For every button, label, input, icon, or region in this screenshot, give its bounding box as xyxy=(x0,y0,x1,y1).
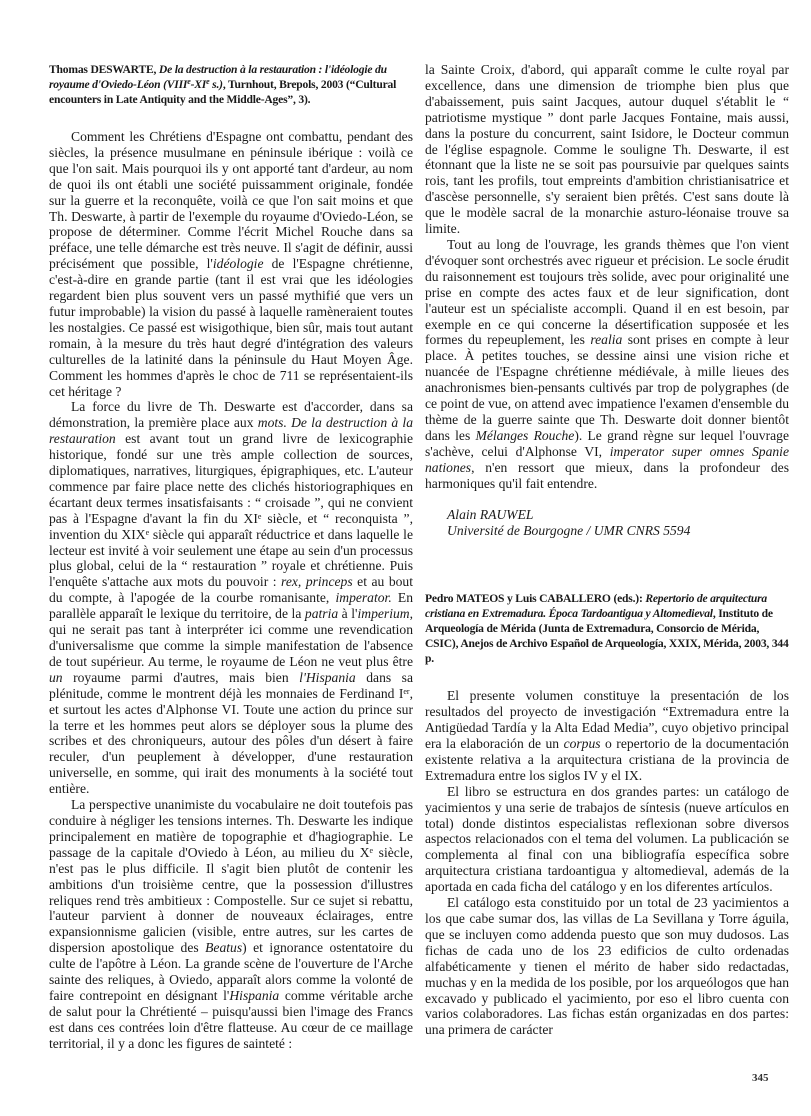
reviewer-name: Alain RAUWEL xyxy=(447,507,789,523)
review1-author: Thomas DESWARTE, xyxy=(49,63,159,76)
review1-paragraph-1: Comment les Chrétiens d'Espagne ont comb… xyxy=(49,129,413,399)
review2-reference: Pedro MATEOS y Luis CABALLERO (eds.): Re… xyxy=(425,591,789,666)
review1-paragraph-4: Tout au long de l'ouvrage, les grands th… xyxy=(425,237,789,492)
review2-author: Pedro MATEOS y Luis CABALLERO (eds.): xyxy=(425,592,645,605)
review1-reference: Thomas DESWARTE, De la destruction à la … xyxy=(49,62,413,107)
reviewer-affiliation: Université de Bourgogne / UMR CNRS 5594 xyxy=(447,523,789,539)
review1-signature: Alain RAUWEL Université de Bourgogne / U… xyxy=(425,507,789,539)
review1-paragraph-2: La force du livre de Th. Deswarte est d'… xyxy=(49,399,413,797)
left-column: Thomas DESWARTE, De la destruction à la … xyxy=(49,62,413,1052)
right-column: la Sainte Croix, d'abord, qui apparaît c… xyxy=(425,62,789,1038)
review2-paragraph-1: El presente volumen constituye la presen… xyxy=(425,688,789,783)
review2-paragraph-2: El libro se estructura en dos grandes pa… xyxy=(425,784,789,895)
review2-paragraph-3: El catálogo esta constituido por un tota… xyxy=(425,895,789,1038)
review1-paragraph-3-start: La perspective unanimiste du vocabulaire… xyxy=(49,797,413,1052)
review1-paragraph-3-continued: la Sainte Croix, d'abord, qui apparaît c… xyxy=(425,62,789,237)
journal-page: Thomas DESWARTE, De la destruction à la … xyxy=(0,0,811,1116)
page-number: 345 xyxy=(752,1072,769,1084)
